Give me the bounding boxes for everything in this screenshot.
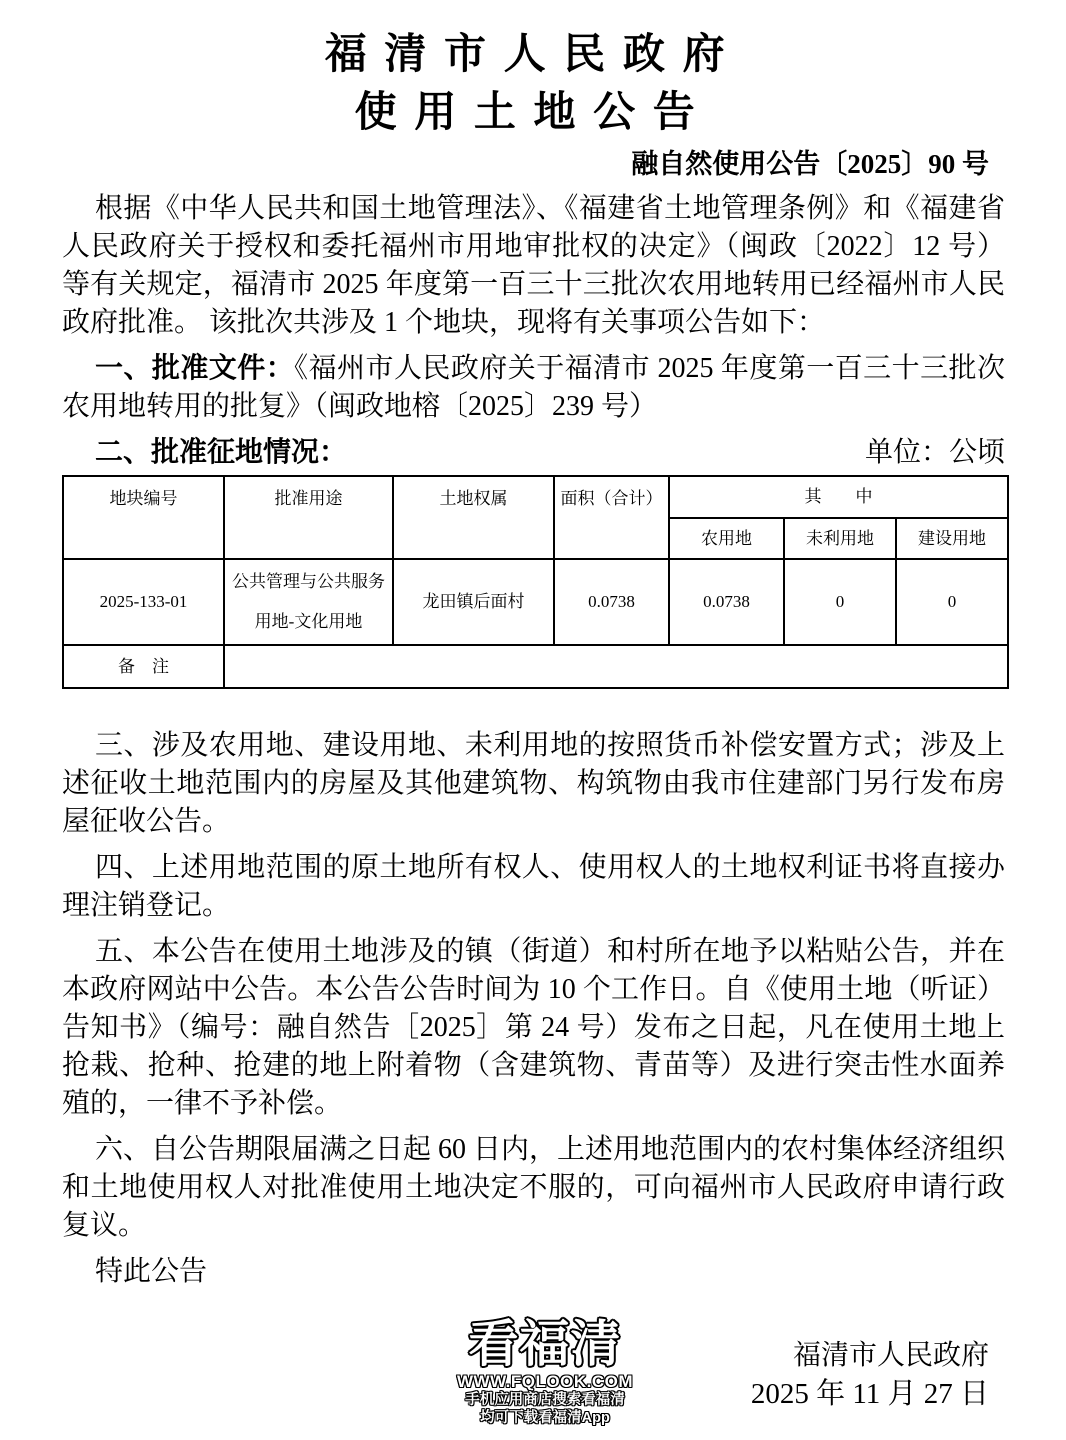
paragraph-item4: 四、上述用地范围的原土地所有权人、使用权人的土地权利证书将直接办理注销登记。: [62, 849, 1005, 925]
watermark-caption-line2: 均可下载看福清App: [450, 1410, 640, 1427]
col-header-area-total: 面积（合计）: [554, 476, 669, 559]
cell-ownership: 龙田镇后面村: [393, 559, 554, 645]
col-header-approved-use: 批准用途: [224, 476, 393, 559]
section2-heading-row: 二、批准征地情况： 单位：公顷: [62, 434, 1005, 472]
cell-unused: 0: [784, 559, 896, 645]
paragraph-item1: 一、批准文件：《福州市人民政府关于福清市 2025 年度第一百三十三批次农用地转…: [62, 350, 1005, 426]
col-header-among: 其 中: [669, 476, 1008, 518]
item2-label: 二、批准征地情况：: [62, 434, 347, 472]
table-row: 2025-133-01 公共管理与公共服务用地-文化用地 龙田镇后面村 0.07…: [63, 559, 1008, 645]
col-header-unused: 未利用地: [784, 518, 896, 559]
watermark-url: WWW.FQLOOK.COM: [450, 1372, 640, 1391]
watermark-fqlook-logo: 看福清 WWW.FQLOOK.COM 手机应用商店搜索看福清 均可下载看福清Ap…: [450, 1318, 640, 1427]
document-title-line1: 福清市人民政府: [62, 26, 1005, 84]
cell-area-total: 0.0738: [554, 559, 669, 645]
paragraph-intro: 根据《中华人民共和国土地管理法》、《福建省土地管理条例》和《福建省人民政府关于授…: [62, 190, 1005, 342]
cell-approved-use: 公共管理与公共服务用地-文化用地: [224, 559, 393, 645]
col-header-ownership: 土地权属: [393, 476, 554, 559]
cell-plot-id: 2025-133-01: [63, 559, 224, 645]
paragraph-closing: 特此公告: [62, 1253, 1005, 1291]
unit-note: 单位：公顷: [865, 434, 1005, 472]
cell-construction: 0: [896, 559, 1008, 645]
document-content: 福清市人民政府 使用土地公告 融自然使用公告〔2025〕90 号 根据《中华人民…: [0, 0, 1066, 1413]
col-header-plot-id: 地块编号: [63, 476, 224, 559]
table-header-row-1: 地块编号 批准用途 土地权属 面积（合计） 其 中: [63, 476, 1008, 518]
watermark-caption-line1: 手机应用商店搜索看福清: [450, 1392, 640, 1409]
watermark-logo-text: 看福清: [450, 1318, 640, 1370]
remark-label: 备 注: [63, 645, 224, 688]
item1-label: 一、批准文件：: [95, 353, 294, 384]
document-title-line2: 使用土地公告: [62, 84, 1005, 142]
land-requisition-table: 地块编号 批准用途 土地权属 面积（合计） 其 中 农用地 未利用地 建设用地 …: [62, 475, 1009, 689]
paragraph-item3: 三、涉及农用地、建设用地、未利用地的按照货币补偿安置方式；涉及上述征收土地范围内…: [62, 727, 1005, 841]
remark-value: [224, 645, 1008, 688]
col-header-agricultural: 农用地: [669, 518, 784, 559]
col-header-construction: 建设用地: [896, 518, 1008, 559]
document-page: 福清市人民政府 使用土地公告 融自然使用公告〔2025〕90 号 根据《中华人民…: [0, 0, 1066, 1440]
table-remark-row: 备 注: [63, 645, 1008, 688]
document-number: 融自然使用公告〔2025〕90 号: [62, 146, 1005, 182]
paragraph-item6: 六、自公告期限届满之日起 60 日内，上述用地范围内的农村集体经济组织和土地使用…: [62, 1131, 1005, 1245]
cell-agricultural: 0.0738: [669, 559, 784, 645]
paragraph-item5: 五、本公告在使用土地涉及的镇（街道）和村所在地予以粘贴公告，并在本政府网站中公告…: [62, 933, 1005, 1123]
